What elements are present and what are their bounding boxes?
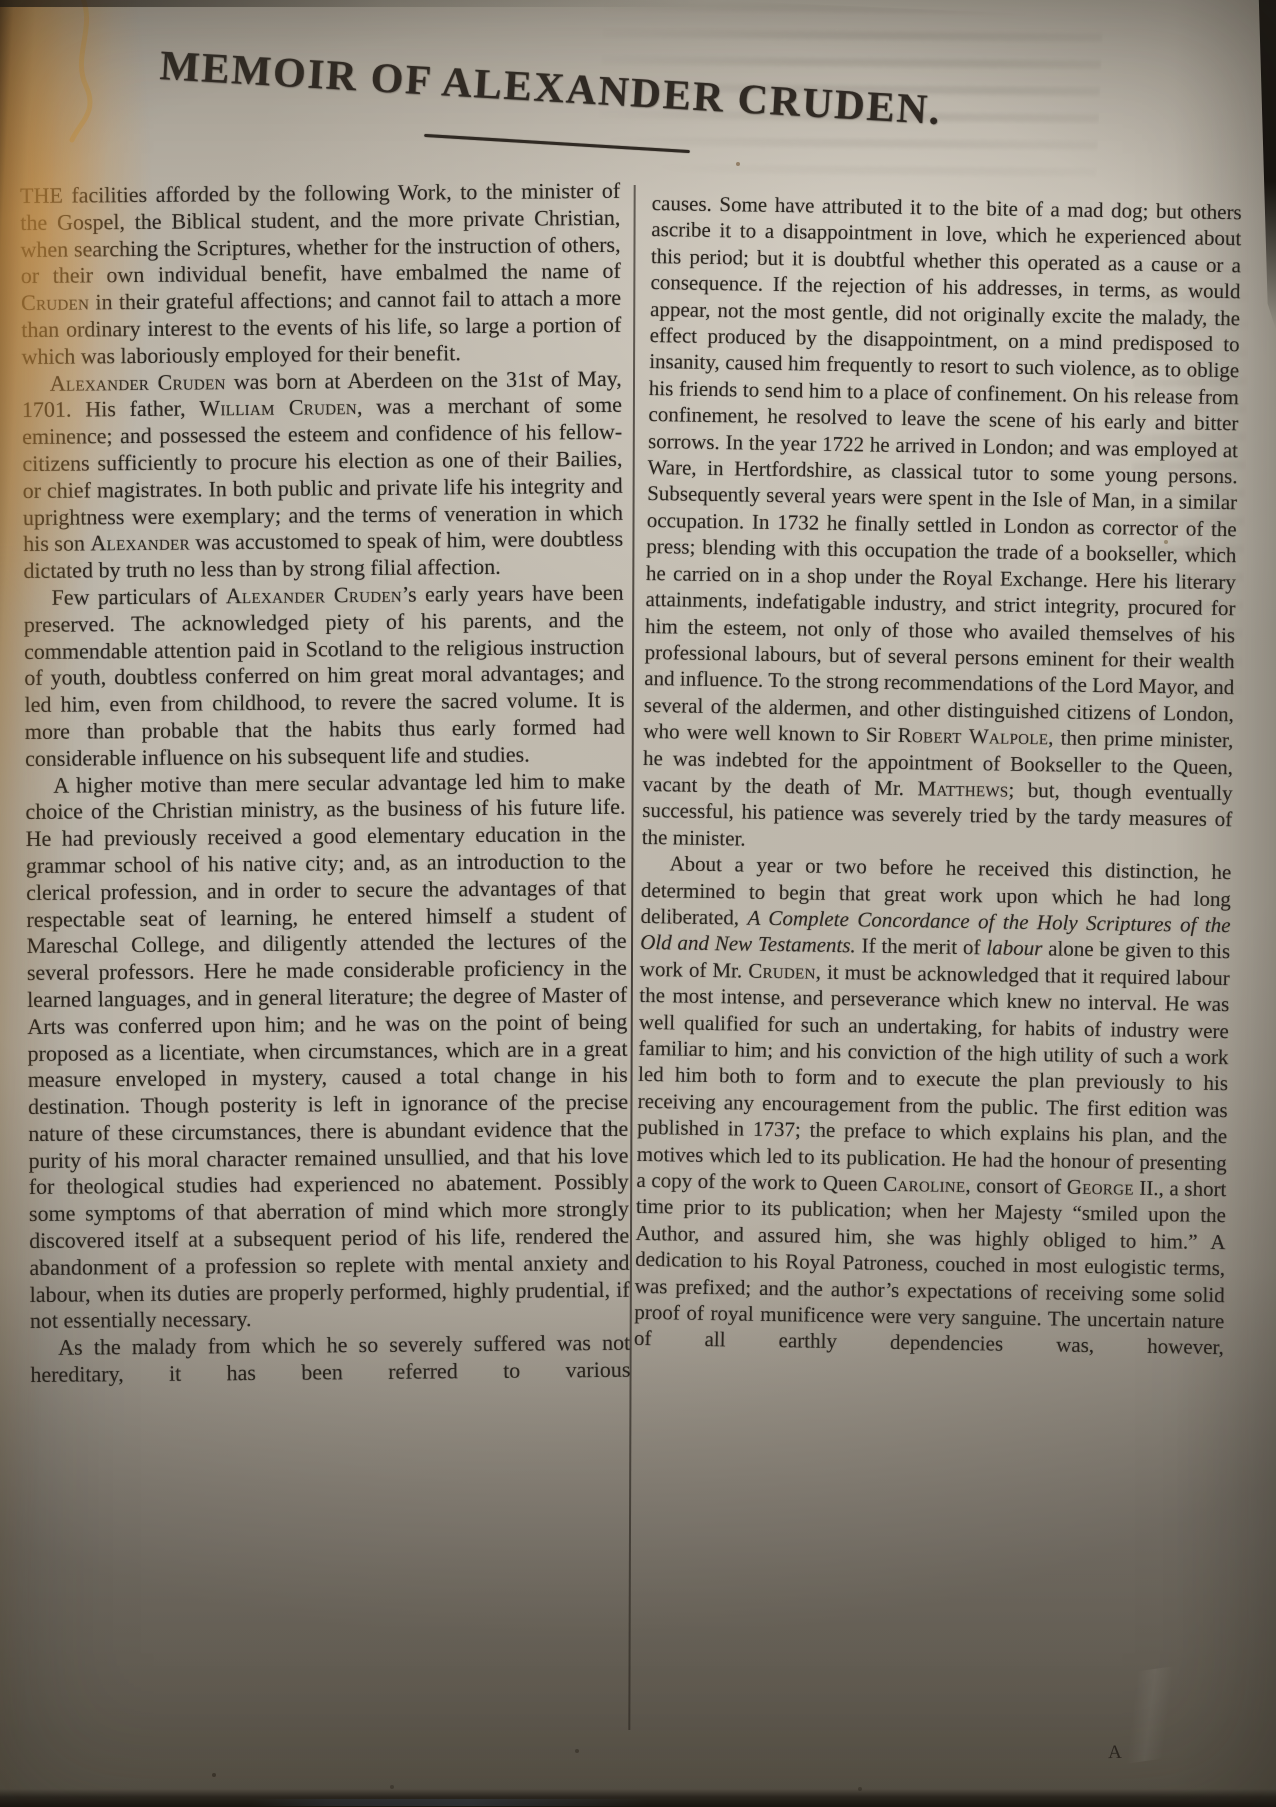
column-divider: [628, 185, 635, 1730]
paragraph: causes. Some have attributed it to the b…: [642, 190, 1242, 859]
text-segment: , it must be acknowledged that it requir…: [636, 959, 1230, 1195]
paragraph: THE facilities afforded by the following…: [20, 178, 622, 371]
text-segment: causes. Some have attributed it to the b…: [643, 191, 1242, 747]
pen-mark: [14, 0, 154, 160]
left-column: THE facilities afforded by the following…: [20, 178, 631, 1389]
text-segment: in their grateful affections; and cannot…: [21, 285, 621, 369]
text-segment: As the malady from which he so severely …: [30, 1330, 630, 1387]
text-segment: Alexander Cruden: [50, 369, 226, 396]
text-segment: Cruden: [21, 290, 89, 316]
text-segment: Cruden: [748, 958, 816, 983]
paragraph: As the malady from which he so severely …: [30, 1330, 630, 1389]
text-segment: THE facilities afforded by the following…: [20, 178, 621, 289]
paragraph: Few particulars of Alexander Cruden’s ea…: [24, 580, 626, 773]
signature-mark: A: [1108, 1742, 1122, 1764]
text-segment: , consort of: [965, 1173, 1067, 1199]
text-segment: George: [1067, 1175, 1134, 1200]
text-segment: II., a short time prior to its publicati…: [634, 1176, 1227, 1360]
page-title: MEMOIR OF ALEXANDER CRUDEN.: [159, 42, 943, 135]
text-segment: Alexander: [90, 530, 190, 556]
text-segment: Few particulars of: [52, 583, 226, 610]
text-segment: If the merit of: [856, 934, 987, 960]
text-segment: A higher motive than mere secular advant…: [25, 767, 629, 1333]
text-segment: labour: [986, 936, 1042, 961]
text-segment: Matthews: [917, 776, 1008, 801]
paragraph: About a year or two before he received t…: [634, 850, 1232, 1361]
text-segment: Caroline: [883, 1172, 966, 1197]
paragraph: A higher motive than mere secular advant…: [25, 767, 630, 1335]
book-photo: MEMOIR OF ALEXANDER CRUDEN. THE faciliti…: [0, 0, 1276, 1807]
page-crease: [975, 1647, 1276, 1783]
page-edge-top: [0, 0, 1276, 7]
surface-glint: [252, 1799, 647, 1806]
text-segment: Alexander Cruden: [226, 582, 402, 609]
page-edge-right: [1254, 0, 1276, 330]
text-segment: William Cruden: [199, 394, 357, 420]
right-column: causes. Some have attributed it to the b…: [634, 190, 1242, 1361]
text-segment: Robert Walpole: [897, 723, 1048, 749]
paragraph: Alexander Cruden was born at Aberdeen on…: [22, 365, 624, 585]
title-rule: [424, 134, 690, 153]
